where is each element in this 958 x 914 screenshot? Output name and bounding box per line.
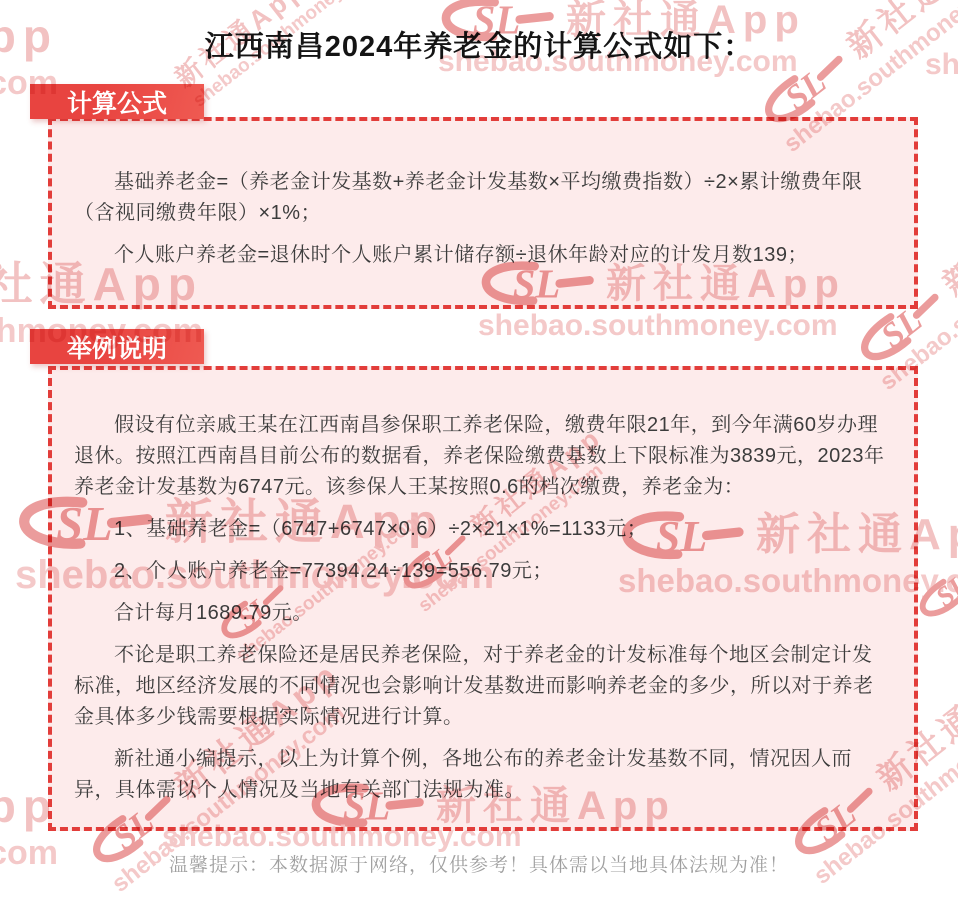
page-title: 江西南昌2024年养老金的计算公式如下： [0,24,958,65]
section-badge-calculation-formula: 计算公式 [30,84,204,119]
section-badge-example: 举例说明 [30,329,204,364]
footer-disclaimer: 温馨提示：本数据源于网络，仅供参考！具体需以当地具体法规为准！ [0,850,958,877]
calculation-formula-box: 基础养老金=（养老金计发基数+养老金计发基数×平均缴费指数）÷2×累计缴费年限（… [48,117,918,309]
section-badge-label: 举例说明 [67,329,167,365]
example-box: 假设有位亲戚王某在江西南昌参保职工养老保险，缴费年限21年，到今年满60岁办理退… [48,366,918,831]
example-note-1: 不论是职工养老保险还是居民养老保险，对于养老金的计发标准每个地区会制定计发标准，… [74,640,888,733]
watermark-brand-row: SL新社通App [754,0,958,136]
example-note-2: 新社通小编提示，以上为计算个例，各地公布的养老金计发基数不同，情况因人而异，具体… [74,744,888,806]
svg-text:SL: SL [778,63,833,118]
svg-text:SL: SL [929,568,958,612]
formula-personal-account: 个人账户养老金=退休时个人账户累计储存额÷退休年龄对应的计发月数139； [74,240,888,271]
example-step-2: 2、个人账户养老金=77394.24÷139=556.79元； [74,556,888,587]
watermark-domain-text: shebao.southmoney.com [478,309,846,342]
formula-basic-pension: 基础养老金=（养老金计发基数+养老金计发基数×平均缴费指数）÷2×累计缴费年限（… [74,167,888,229]
example-intro: 假设有位亲戚王某在江西南昌参保职工养老保险，缴费年限21年，到今年满60岁办理退… [74,410,888,503]
example-step-1: 1、基础养老金=（6747+6747×0.6）÷2×21×1%=1133元； [74,514,888,545]
example-total: 合计每月1689.79元。 [74,598,888,629]
watermark-brand-text: 新社通App [937,153,958,306]
section-badge-label: 计算公式 [67,84,167,120]
